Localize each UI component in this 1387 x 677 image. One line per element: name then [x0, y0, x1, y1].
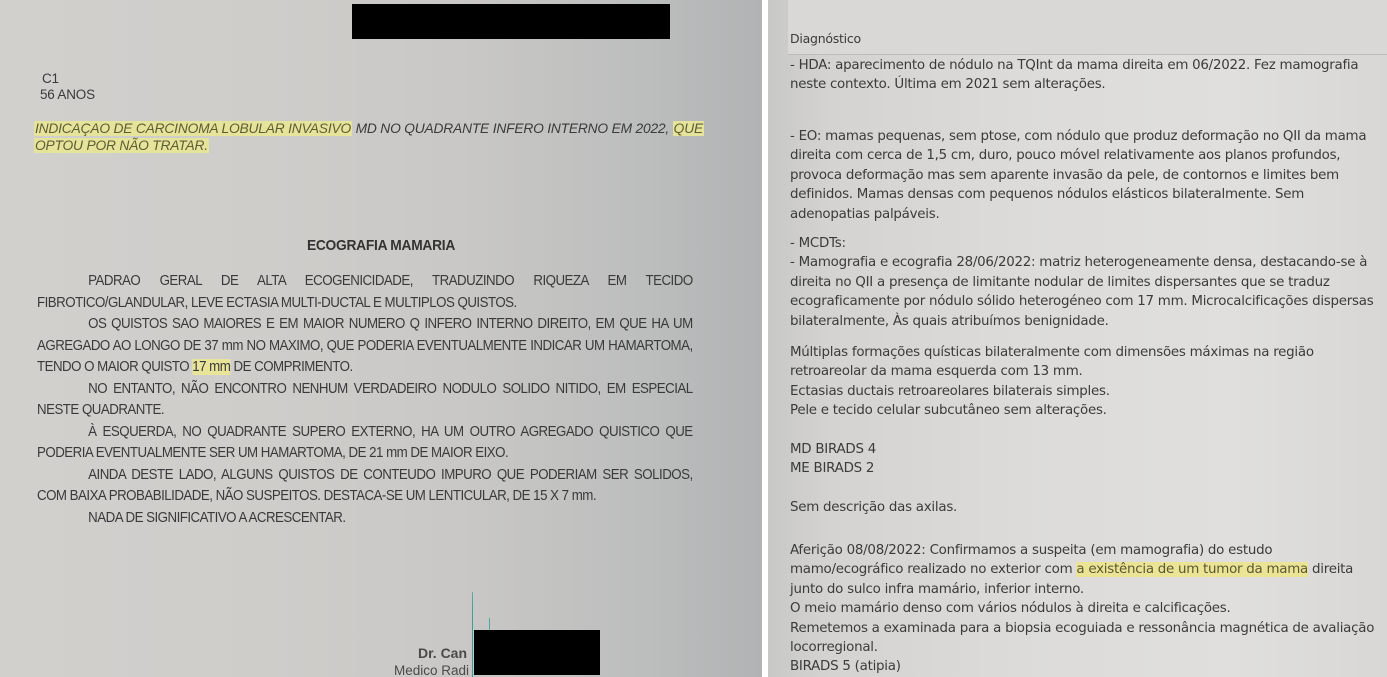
paragraph-6: NADA DE SIGNIFICATIVO A ACRESCENTAR.: [37, 508, 693, 530]
indication-highlight-3: OPTOU POR NÃO TRATAR.: [34, 138, 209, 153]
hda-section: - HDA: aparecimento de nódulo na TQInt d…: [790, 56, 1380, 95]
redacted-signature-block: [474, 630, 600, 675]
finding-2: Ectasias ductais retroareolares bilatera…: [790, 382, 1380, 401]
report-title: ECOGRAFIA MAMARIA: [30, 237, 731, 254]
signature-name: Dr. Can: [418, 645, 467, 661]
eo-text: - EO: mamas pequenas, sem ptose, com nód…: [790, 127, 1380, 224]
birads-section: MD BIRADS 4 ME BIRADS 2: [790, 440, 1380, 479]
signature-pen-stroke: [472, 592, 473, 677]
mcdts-text: - Mamografia e ecografia 28/06/2022: mat…: [790, 253, 1380, 331]
hda-text: - HDA: aparecimento de nódulo na TQInt d…: [790, 56, 1380, 95]
indication-highlight-2: QUE: [673, 121, 704, 136]
closing-birads: BIRADS 5 (atipia): [790, 657, 1380, 676]
eo-section: - EO: mamas pequenas, sem ptose, com nód…: [790, 127, 1380, 224]
diagnosis-header: Diagnóstico: [790, 29, 1380, 48]
afericao-section: Aferição 08/08/2022: Confirmamos a suspe…: [790, 541, 1380, 677]
paragraph-2-end: DE COMPRIMENTO.: [230, 359, 352, 375]
indication-middle: MD NO QUADRANTE INFERO INTERNO EM 2022,: [352, 121, 673, 136]
birads-left: ME BIRADS 2: [790, 459, 1380, 478]
birads-right: MD BIRADS 4: [790, 440, 1380, 459]
size-highlight: 17 mm: [192, 359, 230, 375]
patient-id: C1: [42, 71, 59, 86]
paragraph-2-text: OS QUISTOS SAO MAIORES E EM MAIOR NUMERO…: [37, 316, 693, 375]
right-report-page: Diagnóstico - HDA: aparecimento de nódul…: [768, 0, 1387, 677]
tumor-highlight: a existência de um tumor da mama: [1076, 562, 1308, 577]
afericao-text: Aferição 08/08/2022: Confirmamos a suspe…: [790, 541, 1380, 599]
finding-3: Pele e tecido celular subcutâneo sem alt…: [790, 401, 1380, 420]
paragraph-5: AINDA DESTE LADO, ALGUNS QUISTOS DE CONT…: [37, 465, 693, 508]
closing-1: O meio mamário denso com vários nódulos …: [790, 599, 1380, 618]
axillae-note: Sem descrição das axilas.: [790, 498, 1380, 517]
mcdts-label: - MCDTs:: [790, 234, 1380, 253]
mcdts-section: - MCDTs: - Mamografia e ecografia 28/06/…: [790, 234, 1380, 331]
paragraph-4: À ESQUERDA, NO QUADRANTE SUPERO EXTERNO,…: [37, 422, 693, 465]
finding-1: Múltiplas formações quísticas bilateralm…: [790, 343, 1380, 382]
paragraph-3: NO ENTANTO, NÃO ENCONTRO NENHUM VERDADEI…: [37, 379, 693, 422]
paragraph-2: OS QUISTOS SAO MAIORES E EM MAIOR NUMERO…: [37, 314, 693, 379]
signature-role: Medico Radi: [394, 663, 469, 677]
indication-text: INDICAÇAO DE CARCINOMA LOBULAR INVASIVO …: [34, 120, 754, 154]
redacted-header-block: [352, 4, 670, 39]
left-report-page: C1 56 ANOS INDICAÇAO DE CARCINOMA LOBULA…: [0, 0, 762, 677]
paragraph-1: PADRAO GERAL DE ALTA ECOGENICIDADE, TRAD…: [37, 271, 693, 314]
findings-section: Múltiplas formações quísticas bilateralm…: [790, 343, 1380, 421]
patient-age: 56 ANOS: [40, 87, 95, 102]
report-body: PADRAO GERAL DE ALTA ECOGENICIDADE, TRAD…: [37, 271, 693, 529]
indication-highlight: INDICAÇAO DE CARCINOMA LOBULAR INVASIVO: [34, 121, 352, 136]
closing-2: Remetemos a examinada para a biopsia eco…: [790, 619, 1380, 658]
